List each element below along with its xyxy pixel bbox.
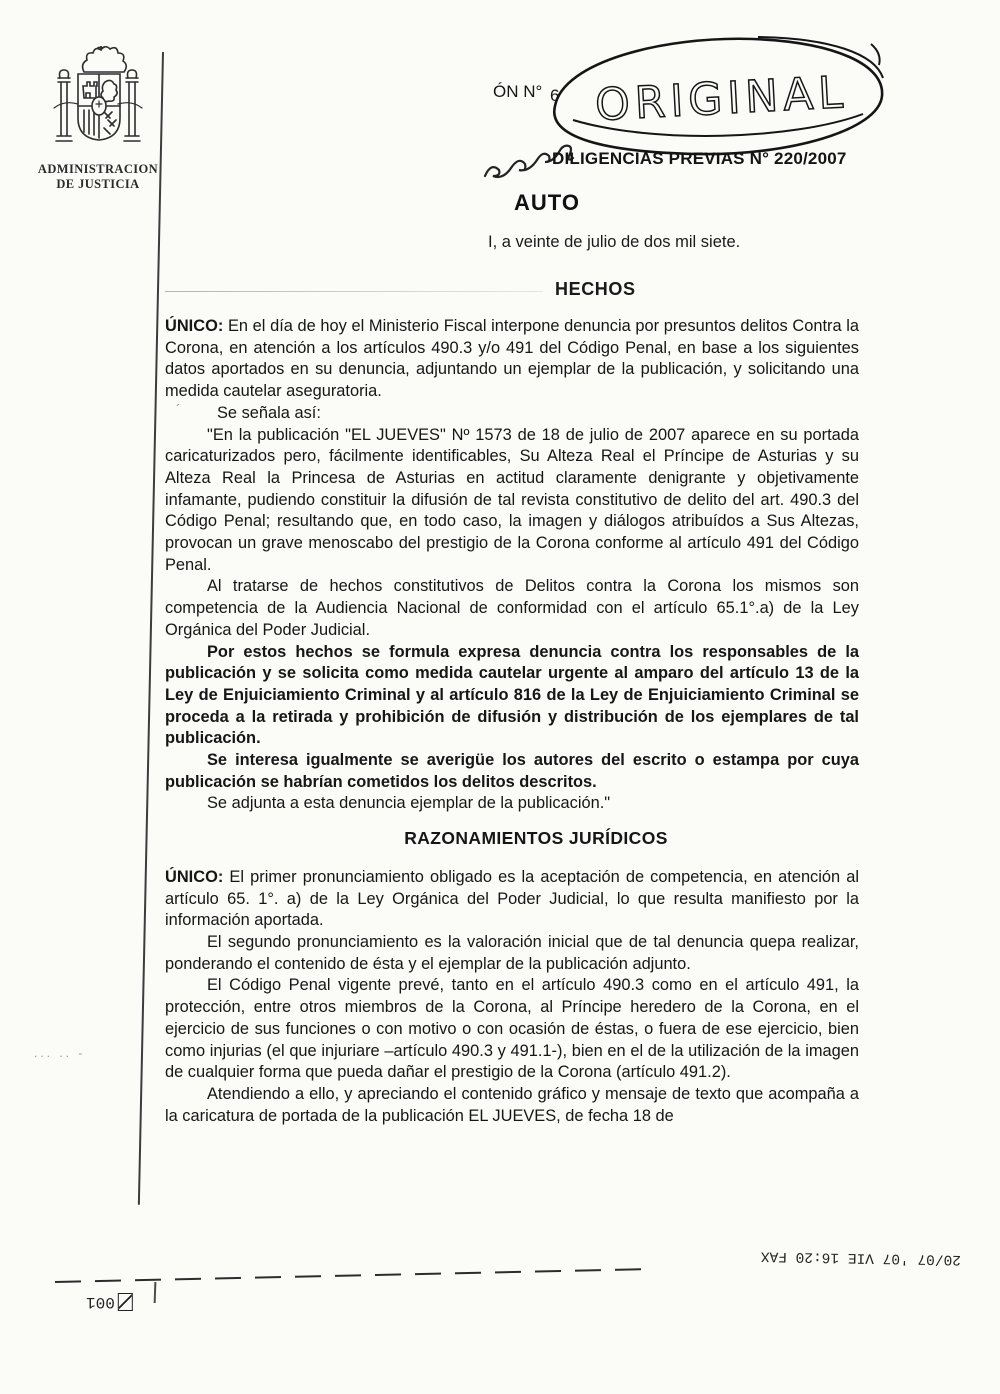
date-line: I, a veinte de julio de dos mil siete. xyxy=(488,233,740,252)
heading-rule xyxy=(165,291,543,293)
fax-page-marker: 001 xyxy=(86,1293,133,1311)
paragraph-competencia: Al tratarse de hechos constitutivos de D… xyxy=(165,576,859,641)
paragraph-lead: ÚNICO: xyxy=(165,317,223,335)
paragraph-denuncia-medida-cautelar: Por estos hechos se formula expresa denu… xyxy=(165,642,859,751)
paragraph-segundo-pronunciamiento: El segundo pronunciamiento es la valorac… xyxy=(165,932,859,975)
footer-dashed-line xyxy=(55,1268,655,1283)
paragraph-se-adjunta: Se adjunta a esta denuncia ejemplar de l… xyxy=(165,793,859,815)
margin-divider-line xyxy=(138,52,164,1205)
case-reference: DILIGENCIAS PREVIAS N° 220/2007 xyxy=(552,149,847,169)
fax-timestamp: 20/07 '07 VIE 16:20 FAX xyxy=(733,1247,961,1267)
paragraph-atendiendo: Atendiendo a ello, y apreciando el conte… xyxy=(165,1084,859,1127)
institution-line2: DE JUSTICIA xyxy=(28,177,168,192)
coat-of-arms xyxy=(46,46,150,164)
fax-doc-icon xyxy=(118,1293,133,1311)
paragraph-quote-el-jueves: "En la publicación "EL JUEVES" Nº 1573 d… xyxy=(165,425,859,577)
section-heading-razonamientos: RAZONAMIENTOS JURÍDICOS xyxy=(165,828,859,850)
institution-line1: ADMINISTRACION xyxy=(28,162,168,177)
paragraph-lead: ÚNICO: xyxy=(165,868,223,886)
original-stamp: ORIGINAL xyxy=(533,28,895,166)
paragraph-hechos-unico: ÚNICO: En el día de hoy el Ministerio Fi… xyxy=(165,316,859,403)
stamp-text: ORIGINAL xyxy=(594,67,849,131)
paragraph-se-senala: Se señala así: xyxy=(165,403,859,425)
document-body: ÚNICO: En el día de hoy el Ministerio Fi… xyxy=(165,316,859,1127)
paragraph-codigo-penal: El Código Penal vigente prevé, tanto en … xyxy=(165,975,859,1084)
paragraph-razonamientos-unico: ÚNICO: El primer pronunciamiento obligad… xyxy=(165,867,859,932)
footer-tick-mark xyxy=(154,1282,156,1303)
section-heading-hechos: HECHOS xyxy=(555,279,636,300)
fax-page-number: 001 xyxy=(86,1293,115,1311)
margin-noise-marks: ... .. - xyxy=(34,1046,85,1060)
paragraph-averigue-autores: Se interesa igualmente se averigüe los a… xyxy=(165,750,859,793)
document-title: AUTO xyxy=(514,190,580,216)
institution-name: ADMINISTRACION DE JUSTICIA xyxy=(28,162,168,192)
scanned-court-document: { "document": { "margin": { "institution… xyxy=(0,0,1000,1394)
